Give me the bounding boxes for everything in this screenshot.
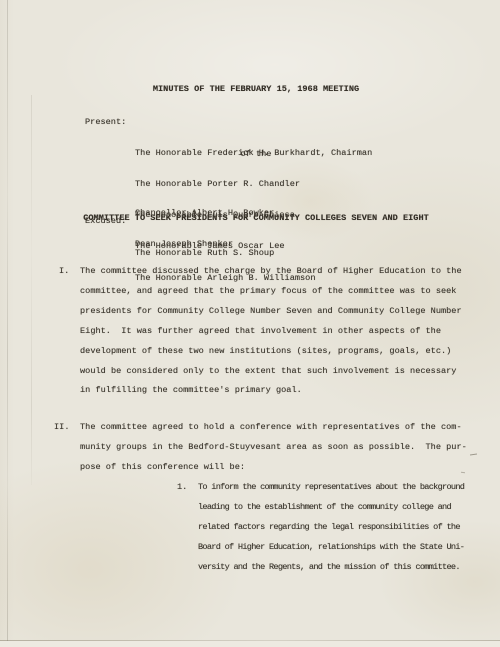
section-numeral-1: I. <box>59 262 69 282</box>
list-item-text: To inform the community representatives … <box>198 478 478 578</box>
section-1-paragraph: The committee discussed the charge by th… <box>80 262 482 401</box>
document-title-line1: MINUTES OF THE FEBRUARY 15, 1968 MEETING <box>66 79 446 101</box>
attendee-name: Chancellor Albert H. Bowker <box>135 208 274 218</box>
section-numeral-2: II. <box>54 418 69 438</box>
excused-label: Excused: <box>85 216 126 226</box>
section-2-paragraph: The committee agreed to hold a conferenc… <box>80 418 482 478</box>
left-edge-scan-streak <box>7 0 8 647</box>
below-page-edge-strip <box>0 641 500 647</box>
present-label: Present: <box>85 117 126 127</box>
left-margin-scan-streak <box>31 95 32 485</box>
list-item-number: 1. <box>177 478 187 498</box>
scanned-document-page: MINUTES OF THE FEBRUARY 15, 1968 MEETING… <box>0 0 500 647</box>
attendee-name: The Honorable Frederick H. Burkhardt, Ch… <box>135 148 372 158</box>
attendee-name: The Honorable Ruth S. Shoup <box>135 248 274 258</box>
